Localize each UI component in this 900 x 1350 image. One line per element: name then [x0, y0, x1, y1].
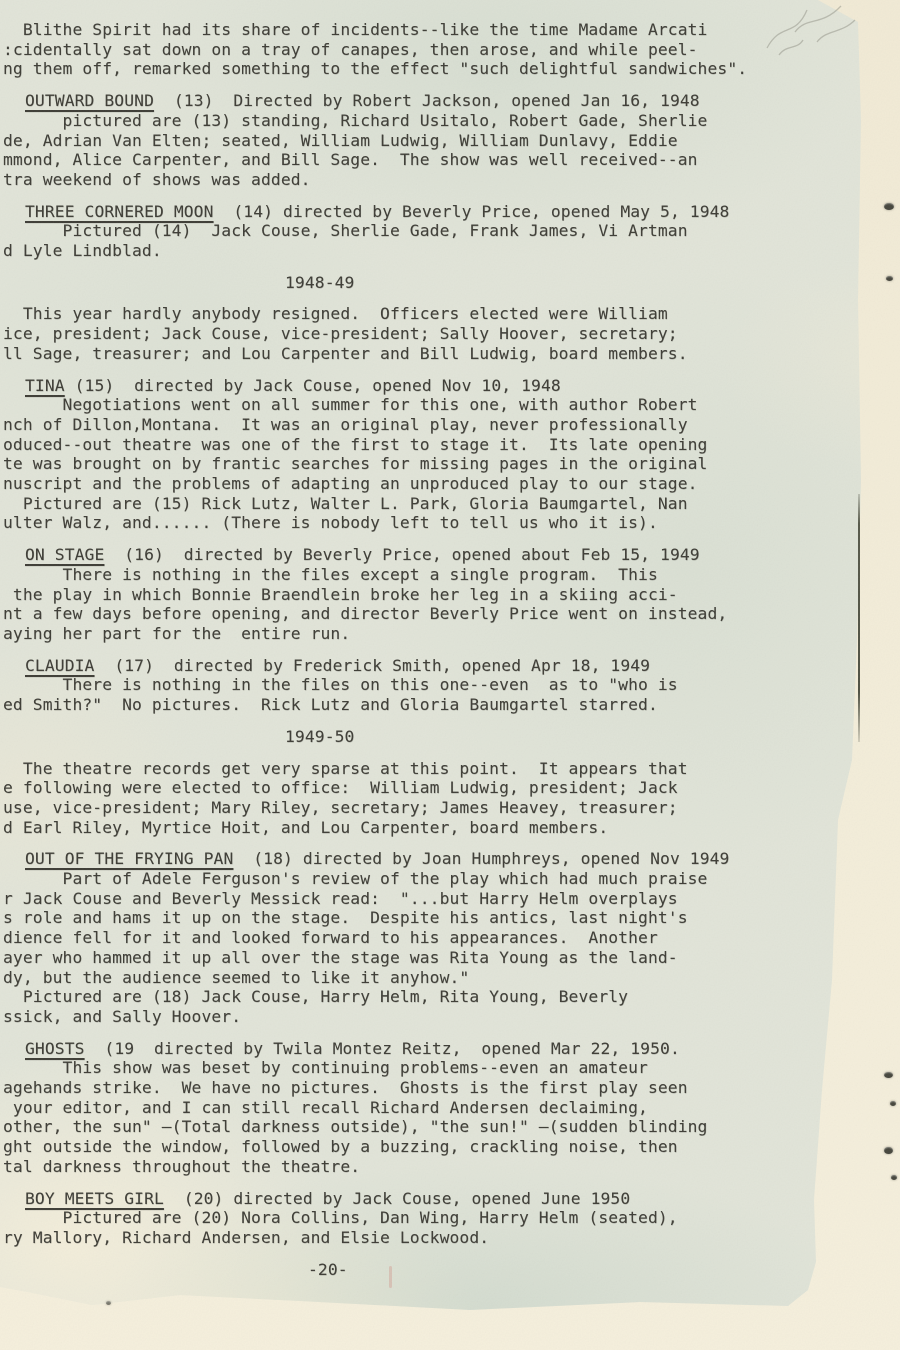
play-section: THREE CORNERED MOON (14) directed by Bev…	[3, 202, 833, 261]
text-line: oduced--out theatre was one of the first…	[3, 435, 833, 455]
season-heading: 1949-50	[3, 727, 833, 747]
season-heading-text: 1948-49	[3, 273, 833, 293]
play-section: OUT OF THE FRYING PAN (18) directed by J…	[3, 849, 833, 1026]
play-title-details: (17) directed by Frederick Smith, opened…	[94, 656, 650, 675]
section-heading: GHOSTS (19 directed by Twila Montez Reit…	[3, 1039, 833, 1059]
paragraph: Blithe Spirit had its share of incidents…	[3, 20, 833, 79]
play-section: BOY MEETS GIRL (20) directed by Jack Cou…	[3, 1189, 833, 1248]
binding-hole-speck	[890, 1101, 896, 1106]
play-title-details: (20) directed by Jack Couse, opened June…	[164, 1189, 630, 1208]
text-line: Blithe Spirit had its share of incidents…	[3, 20, 833, 40]
text-line: ed Smith?" No pictures. Rick Lutz and Gl…	[3, 695, 833, 715]
text-line: other, the sun" —(Total darkness outside…	[3, 1117, 833, 1137]
play-title-details: (14) directed by Beverly Price, opened M…	[214, 202, 730, 221]
section-heading: TINA (15) directed by Jack Couse, opened…	[3, 376, 833, 396]
section-heading: OUT OF THE FRYING PAN (18) directed by J…	[3, 849, 833, 869]
text-line: nch of Dillon,Montana. It was an origina…	[3, 415, 833, 435]
text-line: Negotiations went on all summer for this…	[3, 395, 833, 415]
text-line: r Jack Couse and Beverly Messick read: "…	[3, 889, 833, 909]
typewritten-page: Blithe Spirit had its share of incidents…	[0, 0, 900, 1350]
text-line: aying her part for the entire run.	[3, 624, 833, 644]
text-line: de, Adrian Van Elten; seated, William Lu…	[3, 131, 833, 151]
text-line: dy, but the audience seemed to like it a…	[3, 968, 833, 988]
text-line: pictured are (13) standing, Richard Usit…	[3, 111, 833, 131]
season-heading: 1948-49	[3, 273, 833, 293]
binding-hole-speck	[884, 203, 894, 210]
text-line: ng them off, remarked something to the e…	[3, 59, 833, 79]
play-title-details: (18) directed by Joan Humphreys, opened …	[233, 849, 729, 868]
section-heading: BOY MEETS GIRL (20) directed by Jack Cou…	[3, 1189, 833, 1209]
play-title-details: (19 directed by Twila Montez Reitz, open…	[85, 1039, 680, 1058]
text-line: This show was beset by continuing proble…	[3, 1058, 833, 1078]
text-line: d Earl Riley, Myrtice Hoit, and Lou Carp…	[3, 818, 833, 838]
text-line: ayer who hammed it up all over the stage…	[3, 948, 833, 968]
text-line: te was brought on by frantic searches fo…	[3, 454, 833, 474]
text-line: your editor, and I can still recall Rich…	[3, 1098, 833, 1118]
text-line: tal darkness throughout the theatre.	[3, 1157, 833, 1177]
text-line: Pictured are (20) Nora Collins, Dan Wing…	[3, 1208, 833, 1228]
text-line: There is nothing in the files except a s…	[3, 565, 833, 585]
page-number: -20-	[3, 1260, 833, 1280]
text-line: ll Sage, treasurer; and Lou Carpenter an…	[3, 344, 833, 364]
play-section: OUTWARD BOUND (13) Directed by Robert Ja…	[3, 91, 833, 190]
binding-hole-speck	[891, 1175, 897, 1180]
play-title: THREE CORNERED MOON	[25, 202, 214, 221]
section-heading: OUTWARD BOUND (13) Directed by Robert Ja…	[3, 91, 833, 111]
play-section: CLAUDIA (17) directed by Frederick Smith…	[3, 656, 833, 715]
document-text: Blithe Spirit had its share of incidents…	[3, 20, 833, 1279]
section-heading: THREE CORNERED MOON (14) directed by Bev…	[3, 202, 833, 222]
text-line: This year hardly anybody resigned. Offic…	[3, 304, 833, 324]
season-heading-text: 1949-50	[3, 727, 833, 747]
play-title-details: (16) directed by Beverly Price, opened a…	[104, 545, 699, 564]
scratch-line	[858, 494, 860, 742]
text-line: Part of Adele Ferguson's review of the p…	[3, 869, 833, 889]
paragraph: The theatre records get very sparse at t…	[3, 759, 833, 838]
text-line: tra weekend of shows was added.	[3, 170, 833, 190]
text-line: use, vice-president; Mary Riley, secreta…	[3, 798, 833, 818]
text-line: ulter Walz, and...... (There is nobody l…	[3, 513, 833, 533]
play-title: TINA	[25, 376, 65, 395]
play-section: TINA (15) directed by Jack Couse, opened…	[3, 376, 833, 534]
scanned-document: Blithe Spirit had its share of incidents…	[0, 0, 900, 1350]
text-line: nt a few days before opening, and direct…	[3, 604, 833, 624]
text-line: ssick, and Sally Hoover.	[3, 1007, 833, 1027]
text-line: s role and hams it up on the stage. Desp…	[3, 908, 833, 928]
section-heading: ON STAGE (16) directed by Beverly Price,…	[3, 545, 833, 565]
play-title: GHOSTS	[25, 1039, 85, 1058]
text-line: d Lyle Lindblad.	[3, 241, 833, 261]
text-line: ry Mallory, Richard Andersen, and Elsie …	[3, 1228, 833, 1248]
play-title: BOY MEETS GIRL	[25, 1189, 164, 1208]
play-title: CLAUDIA	[25, 656, 94, 675]
binding-hole-speck	[884, 1147, 893, 1154]
text-line: agehands strike. We have no pictures. Gh…	[3, 1078, 833, 1098]
play-title-details: (13) Directed by Robert Jackson, opened …	[154, 91, 700, 110]
play-title: OUTWARD BOUND	[25, 91, 154, 110]
play-section: GHOSTS (19 directed by Twila Montez Reit…	[3, 1039, 833, 1177]
pink-streak	[389, 1266, 392, 1288]
text-line: dience fell for it and looked forward to…	[3, 928, 833, 948]
section-heading: CLAUDIA (17) directed by Frederick Smith…	[3, 656, 833, 676]
text-line: Pictured are (18) Jack Couse, Harry Helm…	[3, 987, 833, 1007]
binding-hole-speck	[884, 1072, 893, 1078]
text-line: :cidentally sat down on a tray of canape…	[3, 40, 833, 60]
text-line: The theatre records get very sparse at t…	[3, 759, 833, 779]
play-title-details: (15) directed by Jack Couse, opened Nov …	[65, 376, 561, 395]
text-line: mmond, Alice Carpenter, and Bill Sage. T…	[3, 150, 833, 170]
text-line: ice, president; Jack Couse, vice-preside…	[3, 324, 833, 344]
text-line: nuscript and the problems of adapting an…	[3, 474, 833, 494]
text-line: Pictured are (15) Rick Lutz, Walter L. P…	[3, 494, 833, 514]
play-section: ON STAGE (16) directed by Beverly Price,…	[3, 545, 833, 644]
text-line: Pictured (14) Jack Couse, Sherlie Gade, …	[3, 221, 833, 241]
text-line: ght outside the window, followed by a bu…	[3, 1137, 833, 1157]
text-line: e following were elected to office: Will…	[3, 778, 833, 798]
play-title: OUT OF THE FRYING PAN	[25, 849, 233, 868]
play-title: ON STAGE	[25, 545, 104, 564]
page-number-text: -20-	[3, 1260, 833, 1280]
text-line: the play in which Bonnie Braendlein brok…	[3, 585, 833, 605]
paragraph: This year hardly anybody resigned. Offic…	[3, 304, 833, 363]
text-line: There is nothing in the files on this on…	[3, 675, 833, 695]
binding-hole-speck	[886, 276, 893, 281]
dust-speck	[106, 1301, 111, 1305]
